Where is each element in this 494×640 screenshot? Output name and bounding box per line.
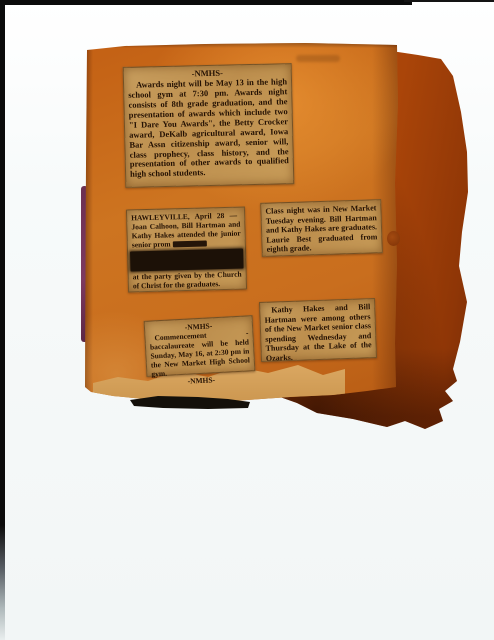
redaction-block xyxy=(130,249,244,272)
clipping-commencement: -NMHS- Commencement - baccalaureate will… xyxy=(144,315,256,377)
scan-frame-left xyxy=(0,0,5,640)
clipping-awards-night: -NMHS- Awards night will be May 13 in th… xyxy=(123,63,295,188)
scan-frame-top-thin xyxy=(404,0,494,2)
clipping-ozarks-body: Kathy Hakes and Bill Hartman were among … xyxy=(264,302,372,363)
clipping-ozarks-trip: Kathy Hakes and Bill Hartman were among … xyxy=(259,298,377,362)
clipping-commencement-body: Commencement - baccalaureate will be hel… xyxy=(149,328,250,378)
clipping-hawleyville-prom: HAWLEYVILLE, April 28 —Joan Calhoon, Bil… xyxy=(126,206,247,292)
clipping-class-night-body: Class night was in New Market Tuesday ev… xyxy=(265,203,377,254)
page-punch-hole xyxy=(387,231,400,246)
clipping-awards-body: Awards night will be May 13 in the high … xyxy=(128,77,289,180)
inline-redaction-mark xyxy=(172,241,206,248)
scan-frame-top xyxy=(0,0,412,5)
clipping-hawleyville-body-end: at the party given by the Church of Chri… xyxy=(133,270,242,291)
clipping-hawleyville-paragraph: HAWLEYVILLE, April 28 —Joan Calhoon, Bil… xyxy=(131,211,241,250)
clipping-class-night: Class night was in New Market Tuesday ev… xyxy=(260,199,383,257)
faint-pencil-smudge xyxy=(296,55,340,62)
scanned-scrapbook-page: -NMHS- Awards night will be May 13 in th… xyxy=(0,0,494,640)
